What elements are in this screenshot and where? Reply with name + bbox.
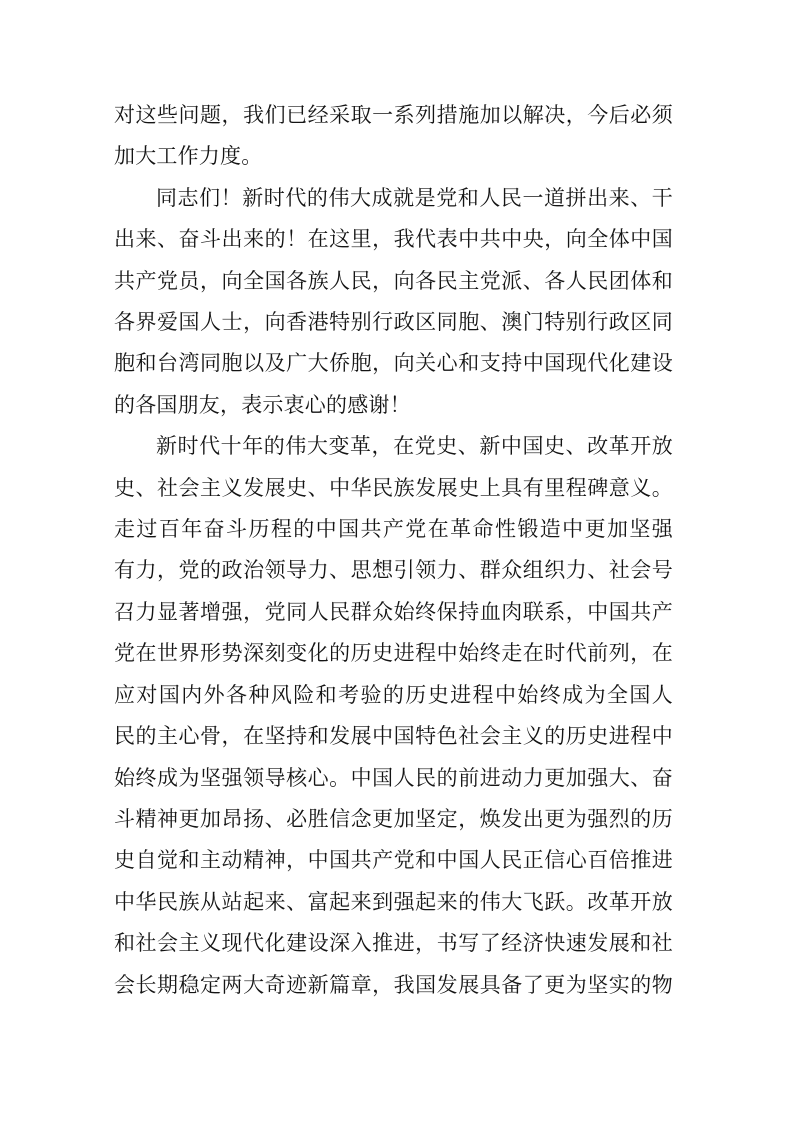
text-line: 召力显著增强，党同人民群众始终保持血肉联系，中国共产 (114, 592, 673, 633)
document-text-block: 对这些问题，我们已经采取一系列措施加以解决，今后必须 加大工作力度。 同志们！新… (114, 95, 673, 1006)
text-line: 各界爱国人士，向香港特别行政区同胞、澳门特别行政区同 (114, 302, 673, 343)
text-line: 民的主心骨，在坚持和发展中国特色社会主义的历史进程中 (114, 716, 673, 757)
text-line: 史、社会主义发展史、中华民族发展史上具有里程碑意义。 (114, 468, 673, 509)
text-line: 和社会主义现代化建设深入推进，书写了经济快速发展和社 (114, 923, 673, 964)
text-line: 始终成为坚强领导核心。中国人民的前进动力更加强大、奋 (114, 758, 673, 799)
text-line: 走过百年奋斗历程的中国共产党在革命性锻造中更加坚强 (114, 509, 673, 550)
text-line: 党在世界形势深刻变化的历史进程中始终走在时代前列，在 (114, 633, 673, 674)
text-line: 有力，党的政治领导力、思想引领力、群众组织力、社会号 (114, 550, 673, 591)
text-line: 加大工作力度。 (114, 136, 673, 177)
text-line: 共产党员，向全国各族人民，向各民主党派、各人民团体和 (114, 261, 673, 302)
text-line: 同志们！新时代的伟大成就是党和人民一道拼出来、干 (114, 178, 673, 219)
text-line: 会长期稳定两大奇迹新篇章，我国发展具备了更为坚实的物 (114, 965, 673, 1006)
text-line: 斗精神更加昂扬、必胜信念更加坚定，焕发出更为强烈的历 (114, 799, 673, 840)
text-line: 出来、奋斗出来的！在这里，我代表中共中央，向全体中国 (114, 219, 673, 260)
text-line: 胞和台湾同胞以及广大侨胞，向关心和支持中国现代化建设 (114, 343, 673, 384)
document-page: 对这些问题，我们已经采取一系列措施加以解决，今后必须 加大工作力度。 同志们！新… (0, 0, 793, 1122)
text-line: 对这些问题，我们已经采取一系列措施加以解决，今后必须 (114, 95, 673, 136)
text-line: 应对国内外各种风险和考验的历史进程中始终成为全国人 (114, 675, 673, 716)
text-line: 史自觉和主动精神，中国共产党和中国人民正信心百倍推进 (114, 840, 673, 881)
text-line: 新时代十年的伟大变革，在党史、新中国史、改革开放 (114, 426, 673, 467)
text-line: 中华民族从站起来、富起来到强起来的伟大飞跃。改革开放 (114, 882, 673, 923)
text-line: 的各国朋友，表示衷心的感谢！ (114, 385, 673, 426)
